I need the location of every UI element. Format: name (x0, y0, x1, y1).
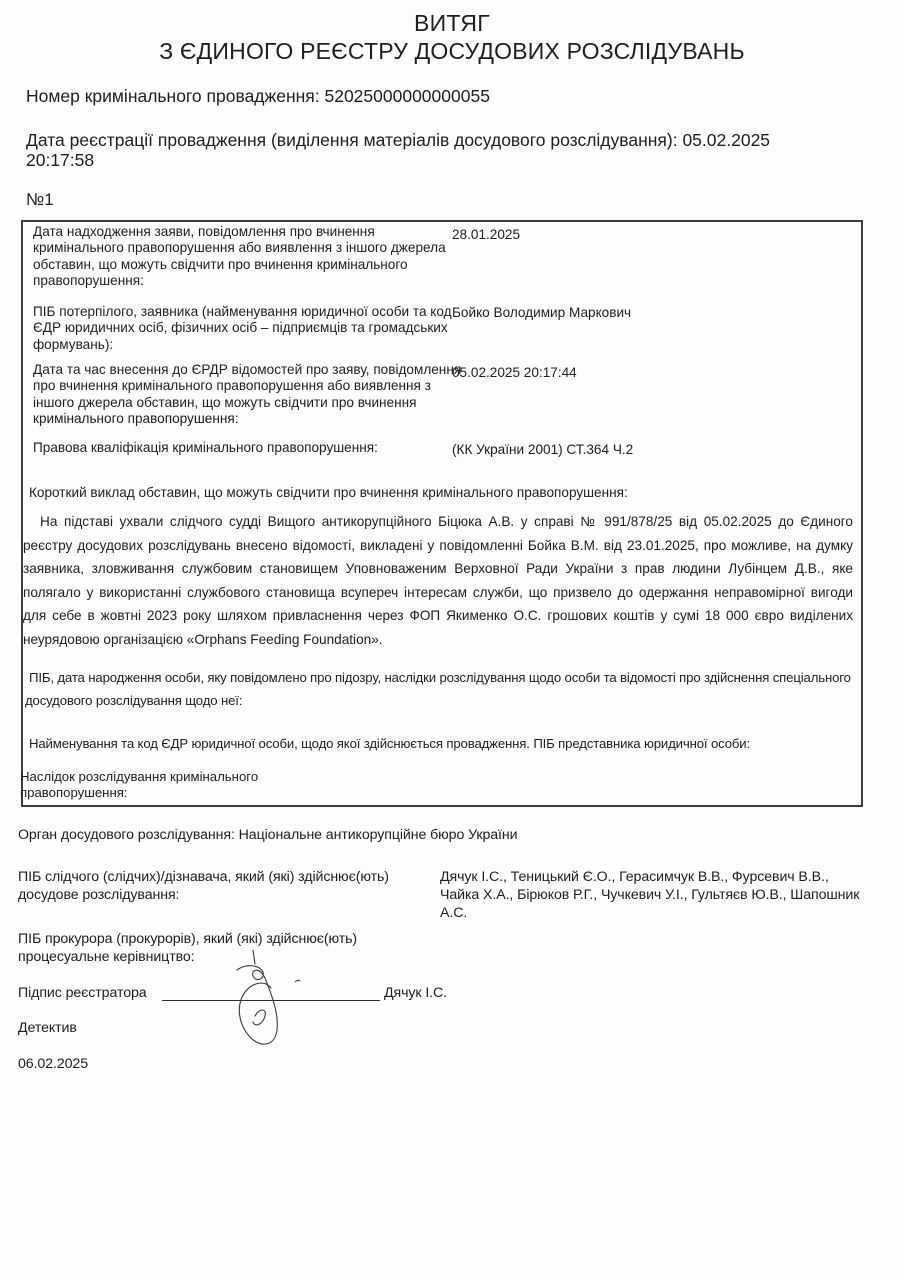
investigators-value: Дячук І.С., Теницький Є.О., Герасимчук В… (440, 868, 860, 922)
field-entry-datetime-value: 05.02.2025 20:17:44 (452, 365, 577, 380)
signature-name: Дячук І.С. (384, 985, 447, 1001)
investigators-label: ПІБ слідчого (слідчих)/дізнавача, який (… (18, 868, 438, 904)
investigation-organ: Орган досудового розслідування: Націонал… (18, 827, 517, 843)
field-entry-datetime-label: Дата та час внесення до ЄРДР відомостей … (33, 362, 463, 428)
document-title: ВИТЯГ (0, 10, 904, 37)
registration-date: Дата реєстрації провадження (виділення м… (26, 130, 826, 170)
field-applicant-label: ПІБ потерпілого, заявника (найменування … (33, 304, 453, 353)
position-label: Детектив (18, 1020, 77, 1036)
summary-text: На підставі ухвали слідчого судді Вищого… (23, 510, 853, 651)
legal-entity-label: Найменування та код ЄДР юридичної особи,… (29, 736, 750, 751)
summary-title: Короткий виклад обставин, що можуть свід… (29, 485, 628, 500)
field-receipt-date-value: 28.01.2025 (452, 227, 520, 242)
signature-label: Підпис реєстратора (18, 985, 147, 1001)
case-number: Номер кримінального провадження: 5202500… (26, 86, 490, 107)
field-qualification-label: Правова кваліфікація кримінального право… (33, 440, 453, 456)
handwritten-signature-icon (215, 950, 325, 1050)
suspect-label: ПІБ, дата народження особи, яку повідомл… (25, 666, 855, 712)
document-date: 06.02.2025 (18, 1056, 88, 1072)
field-qualification-value: (КК України 2001) СТ.364 Ч.2 (452, 442, 633, 457)
document-subtitle: З ЄДИНОГО РЕЄСТРУ ДОСУДОВИХ РОЗСЛІДУВАНЬ (0, 38, 904, 65)
field-applicant-value: Бойко Володимир Маркович (452, 305, 631, 320)
entry-number: №1 (26, 190, 54, 210)
investigation-result-label: Наслідок розслідування кримінального пра… (20, 769, 320, 801)
field-receipt-date-label: Дата надходження заяви, повідомлення про… (33, 224, 453, 290)
